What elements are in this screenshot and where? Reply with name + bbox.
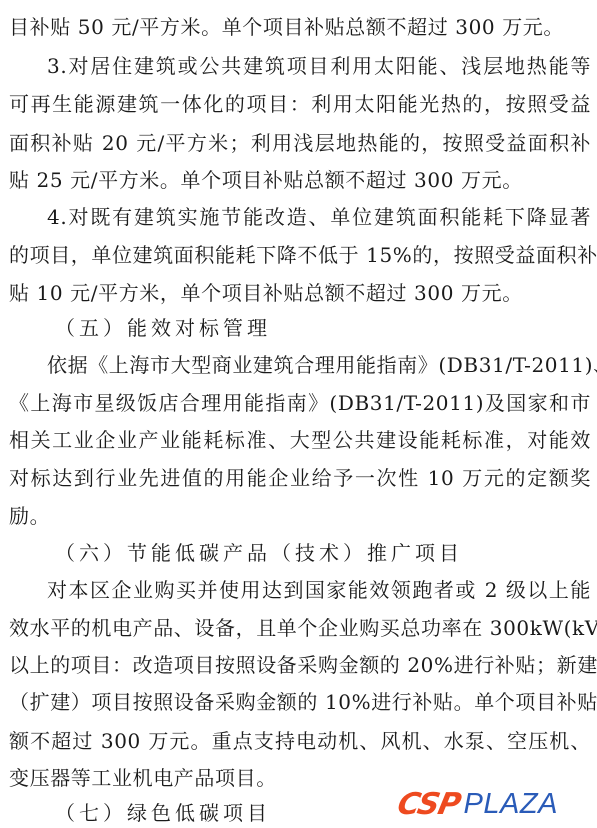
text-line: 目补贴 50 元/平方米。单个项目补贴总额不超过 300 万元。: [9, 12, 591, 42]
text-line: （扩建）项目按照设备采购金额的 10%进行补贴。单个项目补贴: [9, 687, 591, 717]
section-heading: （七）绿色低碳项目: [55, 798, 271, 828]
text-line: 对标达到行业先进值的用能企业给予一次性 10 万元的定额奖: [9, 463, 591, 493]
text-line: 额不超过 300 万元。重点支持电动机、风机、水泵、空压机、: [9, 726, 591, 756]
text-line: 以上的项目：改造项目按照设备采购金额的 20%进行补贴；新建: [9, 650, 591, 680]
section-heading: （五）能效对标管理: [55, 313, 271, 343]
text-line: 贴 10 元/平方米，单个项目补贴总额不超过 300 万元。: [9, 278, 591, 308]
section-heading: （六）节能低碳产品（技术）推广项目: [55, 538, 463, 568]
text-line: 依据《上海市大型商业建筑合理用能指南》(DB31/T-2011)、: [47, 350, 591, 380]
text-line: 《上海市星级饭店合理用能指南》(DB31/T-2011)及国家和市: [9, 388, 591, 418]
text-line: 4.对既有建筑实施节能改造、单位建筑面积能耗下降显著: [47, 202, 591, 232]
text-line: 励。: [9, 501, 591, 531]
text-line: 可再生能源建筑一体化的项目：利用太阳能光热的，按照受益: [9, 89, 591, 119]
document-page: 目补贴 50 元/平方米。单个项目补贴总额不超过 300 万元。 3.对居住建筑…: [0, 0, 597, 828]
csp-plaza-watermark-logo: CSP PLAZA: [398, 788, 558, 820]
logo-plaza-text: PLAZA: [464, 788, 558, 821]
text-line: 3.对居住建筑或公共建筑项目利用太阳能、浅层地热能等: [47, 51, 591, 81]
text-line: 效水平的机电产品、设备，且单个企业购买总功率在 300kW(kVA): [9, 613, 591, 643]
text-line: 贴 25 元/平方米。单个项目补贴总额不超过 300 万元。: [9, 165, 591, 195]
text-line: 对本区企业购买并使用达到国家能效领跑者或 2 级以上能: [47, 575, 591, 605]
text-line: 相关工业企业产业能耗标准、大型公共建设能耗标准，对能效: [9, 425, 591, 455]
text-line: 的项目，单位建筑面积能耗下降不低于 15%的，按照受益面积补: [9, 240, 591, 270]
logo-csp-text: CSP: [394, 787, 463, 822]
text-line: 面积补贴 20 元/平方米；利用浅层地热能的，按照受益面积补: [9, 128, 591, 158]
